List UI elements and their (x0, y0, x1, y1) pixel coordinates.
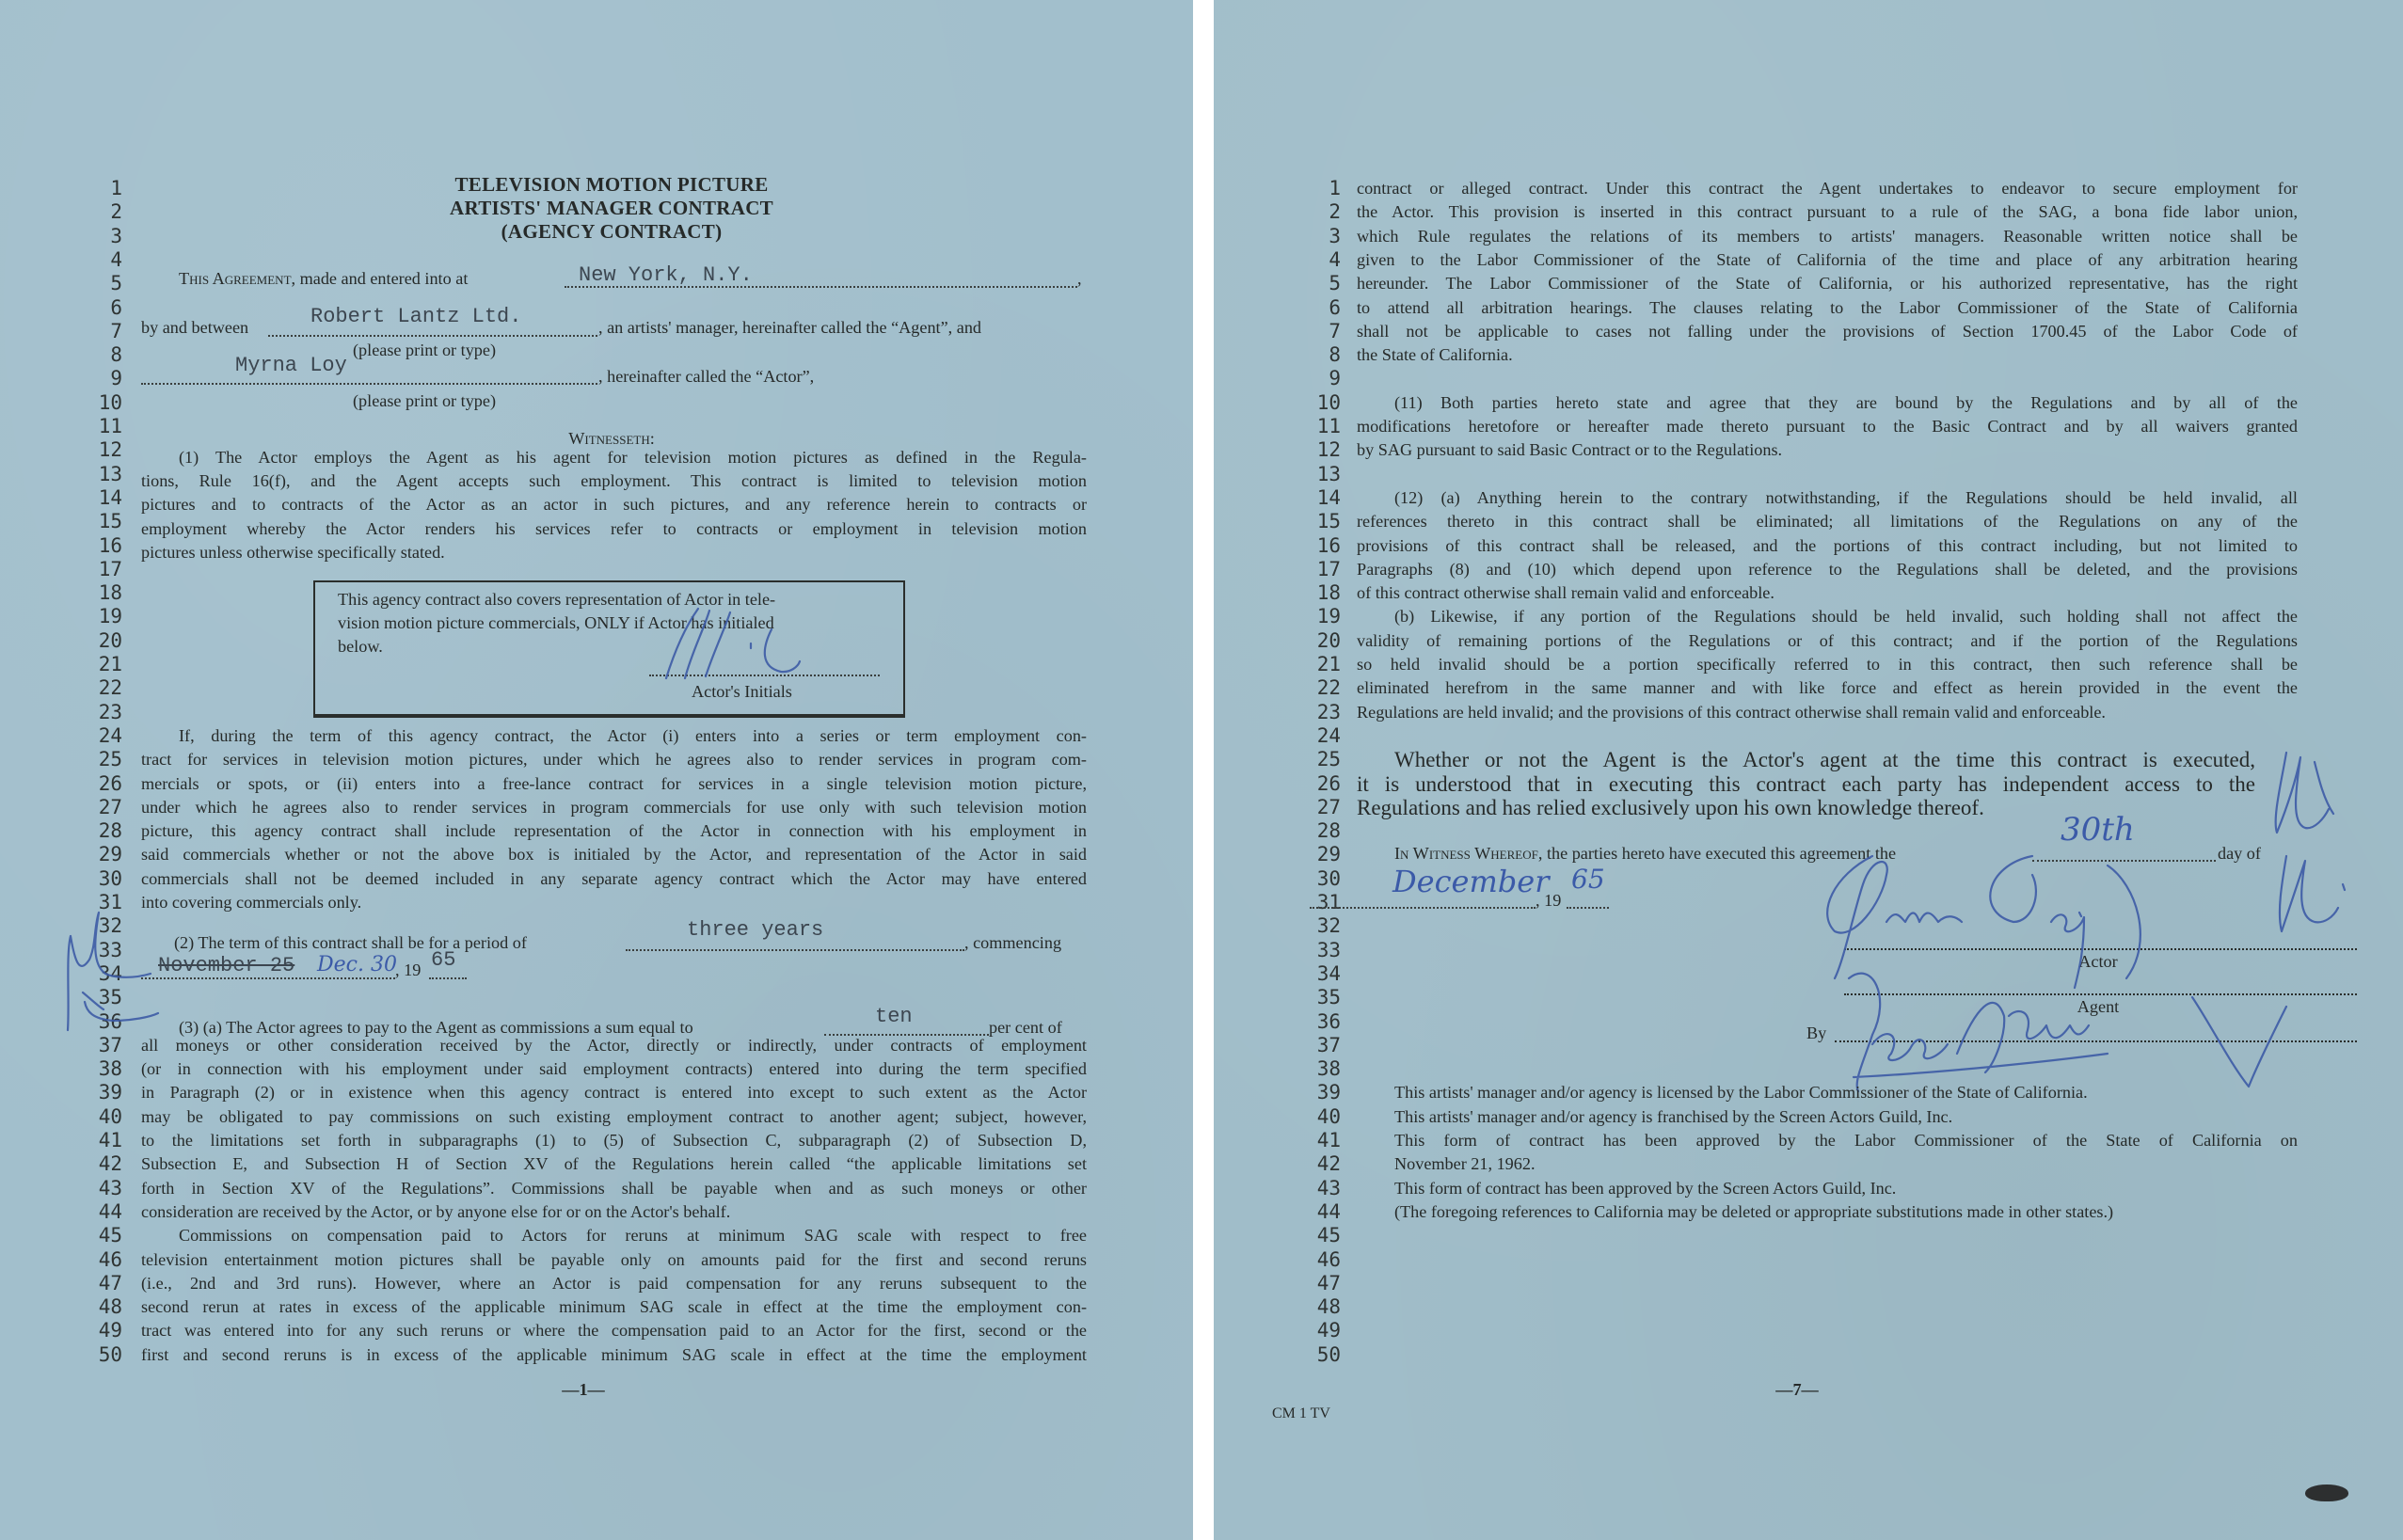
line-number: 22 (1294, 676, 1341, 700)
line-number: 6 (1294, 296, 1341, 320)
line-number: 25 (1294, 748, 1341, 771)
paragraph-line: forth in Section XV of the Regulations”.… (141, 1177, 1087, 1200)
box-line-1: This agency contract also covers represe… (338, 588, 775, 611)
line-number: 39 (1294, 1081, 1341, 1104)
line-number: 9 (75, 367, 122, 390)
line-number: 13 (75, 463, 122, 486)
agent-signature (1835, 960, 2362, 1101)
witness-prefix: In Witness Whereof (1394, 844, 1538, 863)
witness-line: In Witness Whereof, the parties hereto h… (1394, 842, 1896, 865)
line-number: 10 (1294, 391, 1341, 415)
line-number: 11 (75, 415, 122, 438)
line-number: 43 (1294, 1177, 1341, 1200)
line-number: 14 (1294, 486, 1341, 510)
paragraph-line: Paragraphs (8) and (10) which depend upo… (1357, 558, 2298, 581)
line-number: 8 (1294, 343, 1341, 367)
line-number: 42 (1294, 1152, 1341, 1176)
paragraph-line: by SAG pursuant to said Basic Contract o… (1357, 438, 2298, 462)
handwritten-start-date[interactable]: Dec. 30 (317, 953, 397, 976)
agent-dotted-line (268, 334, 597, 337)
line-number: 31 (75, 891, 122, 914)
line-number: 10 (75, 391, 122, 415)
line-number: 27 (1294, 796, 1341, 819)
line-number: 33 (1294, 939, 1341, 962)
paragraph-line: in Paragraph (2) or in existence when th… (141, 1081, 1087, 1104)
line-number: 11 (1294, 415, 1341, 438)
line-number: 17 (1294, 558, 1341, 581)
line-number: 15 (1294, 510, 1341, 533)
line-number: 40 (75, 1105, 122, 1129)
line-number: 28 (75, 819, 122, 843)
paragraph-line: picture, this agency contract shall incl… (141, 819, 1087, 843)
paragraph-line: into covering commercials only. (141, 891, 1087, 914)
line-number: 28 (1294, 819, 1341, 843)
paragraph-line: consideration are received by the Actor,… (141, 1200, 1087, 1224)
paragraph-line: may be obligated to pay commissions on s… (141, 1105, 1087, 1129)
agent-suffix: , an artists' manager, hereinafter calle… (598, 316, 981, 340)
paragraph-line: November 21, 1962. (1394, 1152, 2298, 1176)
paragraph-line: (or in connection with his employment un… (141, 1057, 1087, 1081)
line-number: 19 (1294, 605, 1341, 628)
paragraph-line: which Rule regulates the relations of it… (1357, 225, 2298, 248)
line-number: 3 (1294, 225, 1341, 248)
paragraph-line: of this contract otherwise shall remain … (1357, 581, 2298, 605)
title-line-2: ARTISTS' MANAGER CONTRACT (282, 197, 941, 220)
union-bug-icon (2305, 1484, 2348, 1501)
paragraph-line: said commercials whether or not the abov… (141, 843, 1087, 866)
by-between-label: by and between (141, 316, 248, 340)
line-number: 8 (75, 343, 122, 367)
paragraph-line: (11) Both parties hereto state and agree… (1394, 391, 2298, 415)
paragraph-line: the State of California. (1357, 343, 2298, 367)
contract-page-1: 1234567891011121314151617181920212223242… (0, 0, 1193, 1540)
paragraph-line: tract for services in television motion … (141, 748, 1087, 771)
line-number: 5 (1294, 272, 1341, 295)
paragraph-line: to the limitations set forth in subparag… (141, 1129, 1087, 1152)
title-line-1: TELEVISION MOTION PICTURE (282, 173, 941, 197)
witness-text: , the parties hereto have executed this … (1538, 844, 1896, 863)
actor-dotted-line (141, 382, 597, 385)
paragraph-line: tions, Rule 16(f), and the Agent accepts… (141, 469, 1087, 493)
line-number: 35 (1294, 986, 1341, 1009)
title-line-3: (AGENCY CONTRACT) (282, 220, 941, 244)
actor-suffix: , hereinafter called the “Actor”, (598, 365, 814, 389)
line-number: 18 (1294, 581, 1341, 605)
day-dotted-line (2032, 859, 2216, 862)
line-number: 27 (75, 796, 122, 819)
contract-page-7: 1234567891011121314151617181920212223242… (1214, 0, 2403, 1540)
line-number: 3 (75, 225, 122, 248)
witness-year-dotted-line (1567, 906, 1609, 909)
paragraph-line: (The foregoing references to California … (1394, 1200, 2298, 1224)
line-number: 23 (75, 701, 122, 724)
initials-dotted-line (649, 674, 880, 676)
paragraph-line: references thereto in this contract shal… (1357, 510, 2298, 533)
line-number: 39 (75, 1081, 122, 1104)
paragraph-line: commercials shall not be deemed included… (141, 867, 1087, 891)
line-number: 47 (75, 1272, 122, 1295)
line-number: 31 (1294, 891, 1341, 914)
month-field[interactable]: December (1392, 870, 1550, 894)
line-number: 45 (75, 1224, 122, 1247)
line-number: 47 (1294, 1272, 1341, 1295)
by-signature-line (1835, 1040, 2357, 1042)
line-number: 41 (1294, 1129, 1341, 1152)
line-number: 49 (75, 1319, 122, 1342)
line-number: 21 (75, 653, 122, 676)
line-number: 21 (1294, 653, 1341, 676)
line-number: 12 (1294, 438, 1341, 462)
line-number: 13 (1294, 463, 1341, 486)
line-number: 32 (75, 914, 122, 938)
line-number: 32 (1294, 914, 1341, 938)
paragraph-line: hereunder. The Labor Commissioner of the… (1357, 272, 2298, 295)
paragraph-line: all moneys or other consideration receiv… (141, 1034, 1087, 1057)
line-number: 26 (75, 772, 122, 796)
line-number: 38 (75, 1057, 122, 1081)
line-number: 7 (1294, 320, 1341, 343)
place-field[interactable]: New York, N.Y. (579, 263, 753, 287)
day-suffix: day of (2218, 842, 2261, 865)
paragraph-line: pictures and to contracts of the Actor a… (141, 493, 1087, 516)
line-number: 49 (1294, 1319, 1341, 1342)
line-number: 20 (75, 629, 122, 653)
line-number: 4 (1294, 248, 1341, 272)
line-number: 37 (75, 1034, 122, 1057)
line-number: 30 (1294, 867, 1341, 891)
paragraph-line: to attend all arbitration hearings. The … (1357, 296, 2298, 320)
line-number: 1 (1294, 177, 1341, 200)
line-number: 46 (75, 1248, 122, 1272)
paragraph-line: Commissions on compensation paid to Acto… (179, 1224, 1087, 1247)
paragraph-line: Whether or not the Agent is the Actor's … (1394, 748, 2255, 771)
line-number: 35 (75, 986, 122, 1009)
term-suffix: , commencing (964, 931, 1061, 955)
line-number: 16 (1294, 534, 1341, 558)
paragraph-line: validity of remaining portions of the Re… (1357, 629, 2298, 653)
line-number: 18 (75, 581, 122, 605)
paragraph-line: it is understood that in executing this … (1357, 772, 2255, 796)
line-number: 12 (75, 438, 122, 462)
paragraph-line: tract was entered into for any such reru… (141, 1319, 1087, 1342)
line-number: 44 (75, 1200, 122, 1224)
line-number: 30 (75, 867, 122, 891)
term-year-prefix: , 19 (395, 959, 421, 982)
struck-start-date: November 25 (158, 954, 294, 977)
line-number: 19 (75, 605, 122, 628)
line-number: 29 (1294, 843, 1341, 866)
line-number: 2 (75, 200, 122, 224)
paragraph-line: given to the Labor Commissioner of the S… (1357, 248, 2298, 272)
line-number: 36 (1294, 1010, 1341, 1034)
paragraph-line: pictures unless otherwise specifically s… (141, 541, 1087, 564)
line-number: 15 (75, 510, 122, 533)
paragraph-line: This artists' manager and/or agency is l… (1394, 1081, 2298, 1104)
line-number: 50 (75, 1343, 122, 1367)
line-number: 48 (1294, 1295, 1341, 1319)
agent-name-field[interactable]: Robert Lantz Ltd. (310, 305, 521, 328)
line-number: 2 (1294, 200, 1341, 224)
paragraph-line: shall not be applicable to cases not fal… (1357, 320, 2298, 343)
paragraph-line: television entertainment motion pictures… (141, 1248, 1087, 1272)
month-dotted-line (1310, 906, 1536, 909)
paragraph-line: employment whereby the Actor renders his… (141, 517, 1087, 541)
agent-label: Agent (1995, 995, 2202, 1019)
line-number: 33 (75, 939, 122, 962)
paragraph-line: mercials or spots, or (ii) enters into a… (141, 772, 1087, 796)
box-line-2: vision motion picture commercials, ONLY … (338, 611, 774, 635)
line-number: 42 (75, 1152, 122, 1176)
line-number: 7 (75, 320, 122, 343)
paragraph-line: first and second reruns is in excess of … (141, 1343, 1087, 1367)
line-number: 29 (75, 843, 122, 866)
by-label: By (1806, 1022, 1826, 1045)
agreement-prefix: This Agreement (179, 269, 292, 288)
line-number: 41 (75, 1129, 122, 1152)
margin-initials-right (2249, 743, 2399, 969)
term-year-dotted-line (429, 976, 467, 979)
line-number: 26 (1294, 772, 1341, 796)
paragraph-line: second rerun at rates in excess of the a… (141, 1295, 1087, 1319)
print-hint-1: (please print or type) (353, 339, 496, 362)
line-number: 34 (75, 962, 122, 986)
paragraph-line: (i.e., 2nd and 3rd runs). However, where… (141, 1272, 1087, 1295)
box-line-3: below. (338, 635, 383, 659)
line-number: 37 (1294, 1034, 1341, 1057)
paragraph-line: under which he agrees also to render ser… (141, 796, 1087, 819)
line-number: 20 (1294, 629, 1341, 653)
initials-label: Actor's Initials (692, 680, 792, 704)
line-number: 34 (1294, 962, 1341, 986)
commercials-box: This agency contract also covers represe… (313, 580, 905, 718)
line-number: 38 (1294, 1057, 1341, 1081)
paragraph-line: This artists' manager and/or agency is f… (1394, 1105, 2298, 1129)
line-number: 40 (1294, 1105, 1341, 1129)
line-number: 1 (75, 177, 122, 200)
line-number: 22 (75, 676, 122, 700)
actor-label: Actor (1995, 950, 2202, 974)
witness-year-prefix: , 19 (1536, 889, 1561, 913)
paragraph-line: (b) Likewise, if any portion of the Regu… (1394, 605, 2298, 628)
term-dotted-line (626, 948, 964, 951)
line-number: 16 (75, 534, 122, 558)
line-number: 24 (75, 724, 122, 748)
form-code: CM 1 TV (1272, 1402, 1330, 1425)
paragraph-line: the Actor. This provision is inserted in… (1357, 200, 2298, 224)
term-prefix: (2) The term of this contract shall be f… (174, 931, 527, 955)
line-number: 9 (1294, 367, 1341, 390)
print-hint-2: (please print or type) (353, 389, 496, 413)
comma: , (1077, 267, 1082, 291)
line-number: 36 (75, 1010, 122, 1034)
line-number: 48 (75, 1295, 122, 1319)
witness-year-field[interactable]: 65 (1571, 867, 1605, 891)
line-number: 44 (1294, 1200, 1341, 1224)
day-field[interactable]: 30th (2061, 818, 2135, 842)
line-number: 43 (75, 1177, 122, 1200)
agreement-line: This Agreement, made and entered into at (179, 267, 468, 291)
paragraph-line: eliminated herefrom in the same manner a… (1357, 676, 2298, 700)
term-year-field[interactable]: 65 (431, 948, 455, 972)
paragraph-line: contract or alleged contract. Under this… (1357, 177, 2298, 200)
line-number: 50 (1294, 1343, 1341, 1367)
line-number: 14 (75, 486, 122, 510)
line-number: 6 (75, 296, 122, 320)
paragraph-line: This form of contract has been approved … (1394, 1177, 2298, 1200)
line-number: 46 (1294, 1248, 1341, 1272)
paragraph-line: Regulations are held invalid; and the pr… (1357, 701, 2298, 724)
paragraph-line: Subsection E, and Subsection H of Sectio… (141, 1152, 1087, 1176)
page-number-left: —1— (527, 1378, 640, 1402)
line-number: 45 (1294, 1224, 1341, 1247)
percent-field[interactable]: ten (875, 1005, 913, 1028)
paragraph-line: modifications heretofore or hereafter ma… (1357, 415, 2298, 438)
paragraph-line: This form of contract has been approved … (1394, 1129, 2298, 1152)
paragraph-line: provisions of this contract shall be rel… (1357, 534, 2298, 558)
agreement-text: , made and entered into at (292, 269, 469, 288)
page-number-right: —7— (1741, 1378, 1854, 1402)
line-number: 17 (75, 558, 122, 581)
paragraph-line: so held invalid should be a portion spec… (1357, 653, 2298, 676)
line-number: 25 (75, 748, 122, 771)
paragraph-line: If, during the term of this agency contr… (179, 724, 1087, 748)
line-number: 4 (75, 248, 122, 272)
line-number: 24 (1294, 724, 1341, 748)
line-number: 5 (75, 272, 122, 295)
term-field[interactable]: three years (687, 918, 823, 942)
actor-name-field[interactable]: Myrna Loy (235, 354, 347, 377)
paragraph-line: (1) The Actor employs the Agent as his a… (179, 446, 1087, 469)
paragraph-line: (12) (a) Anything herein to the contrary… (1394, 486, 2298, 510)
line-number: 23 (1294, 701, 1341, 724)
